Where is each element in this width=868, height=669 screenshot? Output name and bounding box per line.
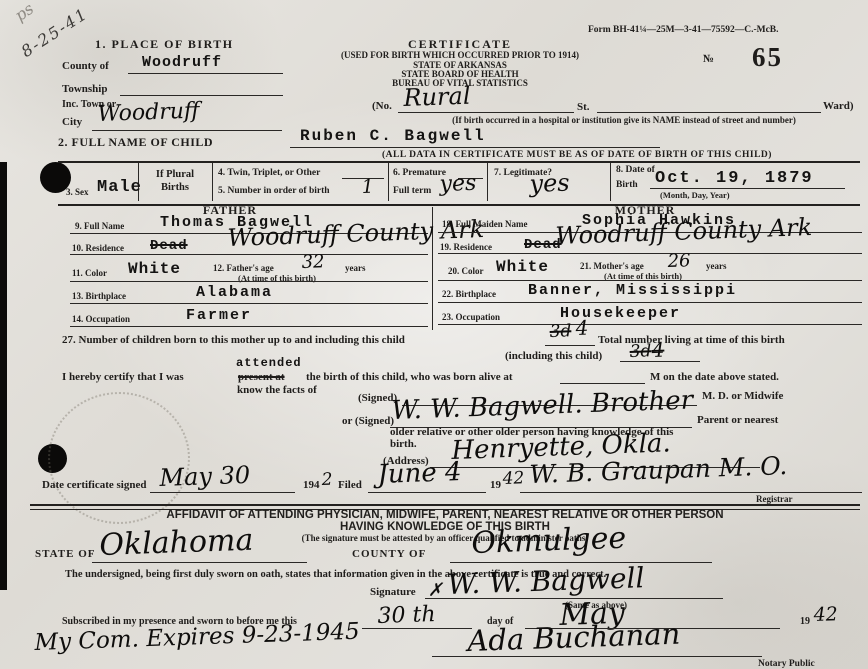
mother-birthplace-label: 22. Birthplace — [442, 289, 496, 299]
data-note: (ALL DATA IN CERTIFICATE MUST BE AS OF D… — [338, 150, 816, 160]
dob-label-1: 8. Date of — [616, 165, 655, 175]
mother-color-value: White — [496, 258, 549, 276]
father-color-value: White — [128, 260, 181, 278]
premature-label: 6. Premature — [393, 168, 446, 178]
affiant-signature: W. W. Bagwell — [447, 561, 645, 601]
children-born-value: 4 — [575, 316, 589, 340]
dob-label-2: Birth — [616, 180, 638, 190]
father-age-label: 12. Father's age — [213, 263, 274, 273]
date-signed-label: Date certificate signed — [42, 479, 146, 491]
born-alive-line — [560, 383, 645, 384]
children-born-line — [545, 345, 595, 346]
child-name-line — [290, 147, 660, 148]
year-hw: 2 — [321, 470, 333, 490]
mother-occupation-line — [438, 324, 862, 325]
day-line — [362, 628, 472, 629]
fullterm-label: Full term — [393, 186, 431, 196]
legitimate-value: yes — [529, 169, 570, 198]
dob-value: Oct. 19, 1879 — [655, 169, 814, 188]
birth-certificate-scan: ps 8-25-41 Form BH-41¼—25M—3-41—75592—C.… — [0, 0, 868, 669]
children-born-struck: 3d — [549, 321, 571, 342]
filed-line — [368, 492, 486, 493]
children-living-value: 4 — [651, 338, 665, 362]
state-of-label: STATE OF — [35, 548, 95, 560]
father-occupation-value: Farmer — [186, 307, 252, 324]
year-printed: 194 — [303, 479, 320, 491]
order-value: 1 — [361, 176, 374, 198]
father-birthplace-value: Alabama — [196, 284, 273, 301]
mother-color-label: 20. Color — [448, 266, 484, 276]
certificate-no-symbol: № — [703, 53, 714, 65]
vitals-divider-4 — [487, 163, 488, 201]
father-residence-line — [70, 254, 428, 255]
certify-line1b: the birth of this child, who was born al… — [306, 371, 513, 383]
township-label: Township — [62, 83, 107, 95]
mother-residence-line — [438, 253, 862, 254]
registrar-label: Registrar — [756, 494, 792, 504]
father-birthplace-label: 13. Birthplace — [72, 291, 126, 301]
mother-occupation-label: 23. Occupation — [442, 312, 500, 322]
street-no-line — [398, 112, 574, 113]
father-occupation-label: 14. Occupation — [72, 314, 130, 324]
county-label: County of — [62, 60, 109, 72]
children-born-label: 27. Number of children born to this moth… — [62, 334, 405, 346]
certify-line1c: M on the date above stated. — [650, 371, 779, 383]
dob-hint: (Month, Day, Year) — [660, 190, 730, 200]
father-color-line — [70, 281, 428, 282]
father-name-label: 9. Full Name — [75, 221, 124, 231]
present-at-struck: present at — [238, 371, 285, 383]
street-line — [597, 112, 821, 113]
mother-age-value: 26 — [667, 250, 691, 272]
mother-residence-label: 19. Residence — [440, 242, 492, 252]
father-occupation-line — [70, 326, 428, 327]
certificate-number-stamp: 65 — [752, 42, 783, 73]
father-birthplace-line — [70, 303, 428, 304]
filed-year-hw: 42 — [502, 468, 524, 489]
date-signed-line — [150, 492, 295, 493]
street-no-label: (No. — [372, 100, 392, 112]
children-living-line — [620, 361, 700, 362]
father-residence-struck: Dead — [150, 238, 188, 254]
form-number: Form BH-41¼—25M—3-41—75592—C.-McB. — [588, 25, 779, 35]
city-value: Woodruff — [97, 98, 200, 127]
day-value: 30 th — [377, 602, 436, 629]
father-color-label: 11. Color — [72, 268, 107, 278]
mother-birthplace-value: Banner, Mississippi — [528, 282, 737, 299]
pencil-smudge: ps — [11, 0, 37, 25]
county-of-value: Okmulgee — [471, 521, 627, 561]
street-label: St. — [577, 101, 590, 113]
mother-name-label: 18. Full Maiden Name — [442, 219, 528, 229]
section-place-of-birth: 1. PLACE OF BIRTH — [95, 37, 234, 52]
notary-public-label: Notary Public — [758, 659, 815, 669]
sex-label: 3. Sex — [66, 187, 89, 197]
mother-age-units: years — [706, 261, 727, 271]
filed-year-printed: 19 — [490, 479, 501, 491]
children-living-label: Total number living at time of this birt… — [598, 334, 785, 346]
registrar-line — [520, 492, 862, 493]
scan-edge-bar — [0, 162, 7, 590]
vitals-divider-5 — [610, 163, 611, 201]
affidavit-year-printed: 19 — [800, 616, 810, 627]
county-of-label: COUNTY OF — [352, 548, 426, 560]
vitals-divider-3 — [388, 163, 389, 201]
street-no-value: Rural — [403, 82, 471, 112]
county-line — [128, 73, 283, 74]
informant-signature: W. W. Bagwell. Brother — [391, 385, 694, 426]
dob-line — [650, 188, 845, 189]
father-residence-label: 10. Residence — [72, 243, 124, 253]
mother-color-line — [438, 280, 862, 281]
signature-label: Signature — [370, 586, 416, 598]
sex-value: Male — [97, 178, 142, 197]
children-living-struck: 3d — [629, 341, 651, 362]
city-line — [92, 130, 282, 131]
know-facts-insertion: know the facts of — [237, 384, 317, 396]
fullterm-value: yes — [439, 171, 477, 197]
mother-age-label: 21. Mother's age — [580, 261, 644, 271]
or-signed-label: or (Signed) — [342, 415, 394, 427]
date-signed-value: May 30 — [159, 461, 251, 492]
vitals-divider-2 — [212, 163, 213, 201]
ward-label: Ward) — [823, 100, 854, 112]
parent-note-3: birth. — [390, 438, 417, 450]
county-value: Woodruff — [142, 54, 222, 71]
twin-label: 4. Twin, Triplet, or Other — [218, 168, 320, 178]
children-living-label2: (including this child) — [505, 350, 602, 362]
plural-label-2: Births — [140, 182, 210, 193]
certificate-subtitle: (USED FOR BIRTH WHICH OCCURRED PRIOR TO … — [300, 50, 620, 60]
plural-label-1: If Plural — [140, 169, 210, 180]
order-label: 5. Number in order of birth — [218, 186, 330, 196]
city-label: City — [62, 116, 82, 128]
filed-value: June 4 — [377, 457, 462, 490]
mother-birthplace-line — [438, 302, 862, 303]
hospital-note: (If birth occurred in a hospital or inst… — [388, 115, 860, 125]
parent-note-1: Parent or nearest — [697, 414, 778, 426]
township-line — [120, 95, 283, 96]
attended-insertion: attended — [236, 356, 302, 370]
child-name-label: 2. FULL NAME OF CHILD — [58, 135, 213, 150]
notary-signature: Ada Buchanan — [467, 617, 681, 658]
affidavit-title-1: AFFIDAVIT OF ATTENDING PHYSICIAN, MIDWIF… — [70, 509, 820, 521]
state-of-value: Oklahoma — [99, 523, 254, 563]
md-midwife-label: M. D. or Midwife — [702, 390, 783, 402]
certify-line1a: I hereby certify that I was — [62, 371, 184, 383]
notary-line — [432, 656, 762, 657]
filed-label: Filed — [338, 479, 362, 491]
child-name-value: Ruben C. Bagwell — [300, 127, 486, 145]
father-age-units: years — [345, 263, 366, 273]
state-of-line — [92, 562, 307, 563]
father-age-value: 32 — [301, 251, 325, 273]
affidavit-year-hw: 42 — [813, 603, 838, 626]
